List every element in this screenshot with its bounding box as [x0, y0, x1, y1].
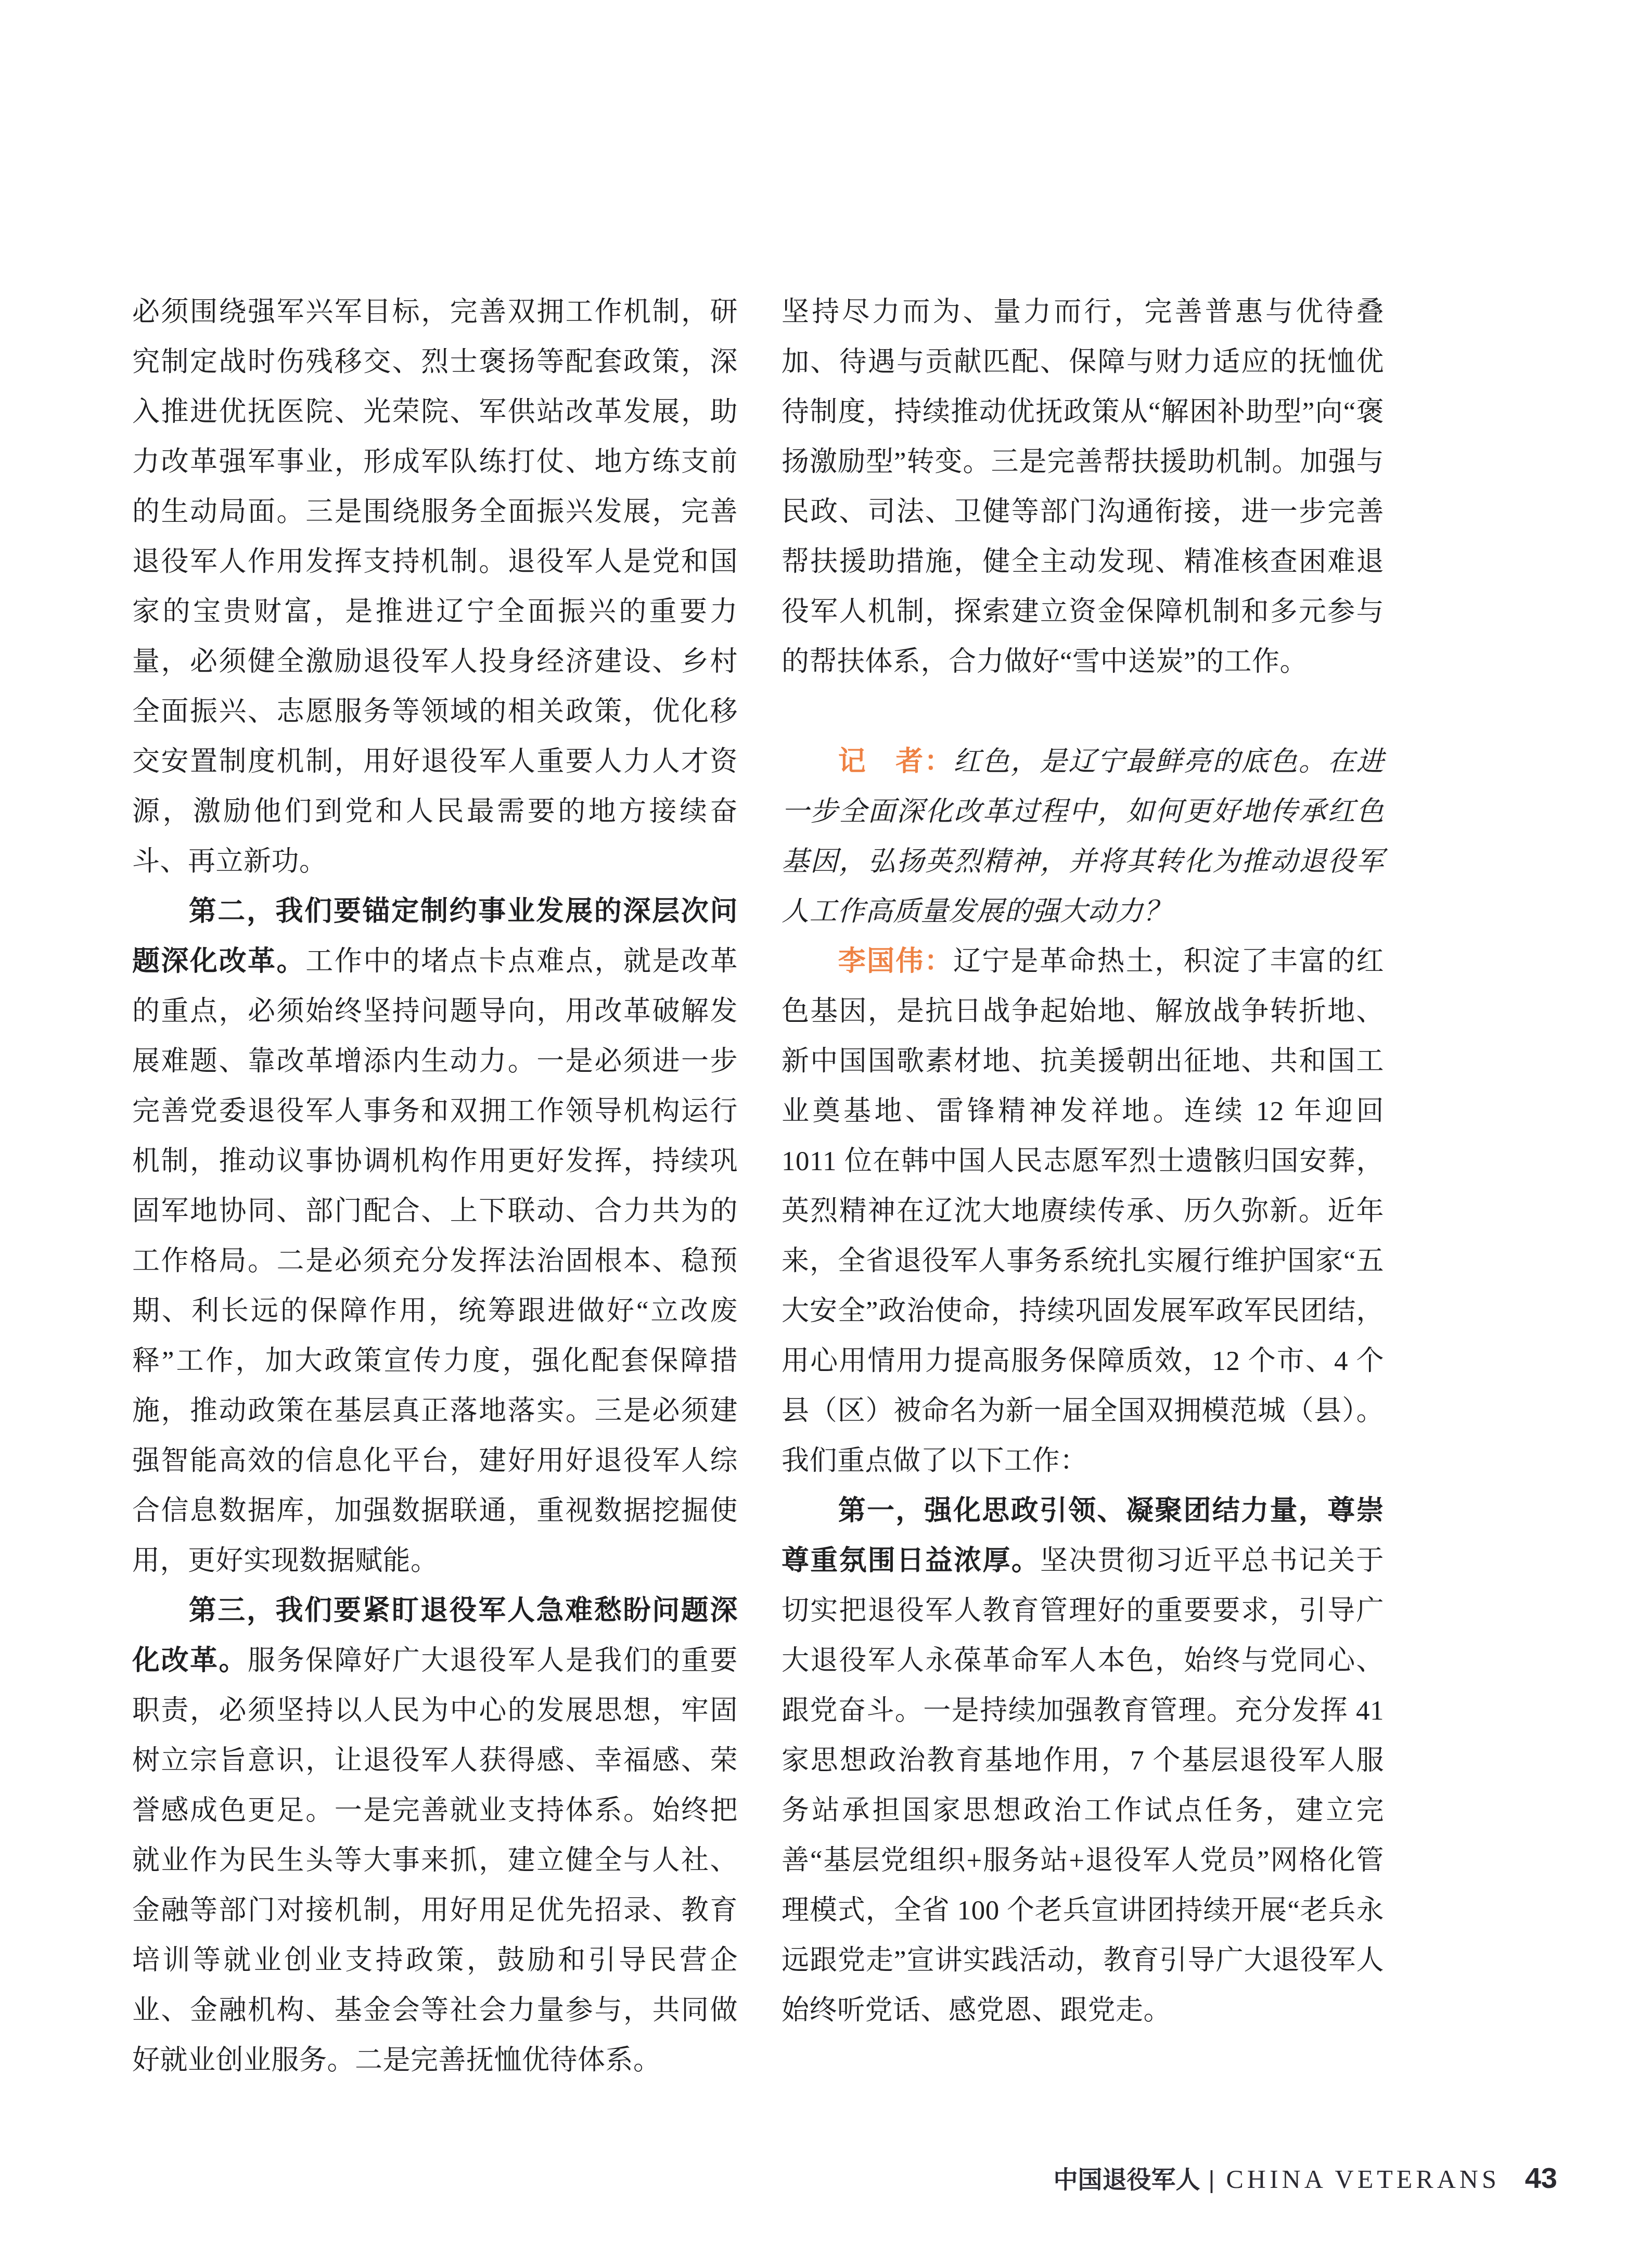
- text-segment-normal: 坚持尽力而为、量力而行，完善普惠与优待叠加、待遇与贡献匹配、保障与财力适应的抚恤…: [782, 297, 1384, 677]
- article-paragraph: 第二，我们要锚定制约事业发展的深层次问题深化改革。工作中的堵点卡点难点，就是改革…: [132, 887, 738, 1586]
- text-segment-label: 李国伟：: [838, 946, 953, 977]
- article-paragraph: 第三，我们要紧盯退役军人急难愁盼问题深化改革。服务保障好广大退役军人是我们的重要…: [132, 1586, 738, 2085]
- text-segment-label: 记 者：: [838, 746, 953, 777]
- magazine-page: 必须围绕强军兴军目标，完善双拥工作机制，研究制定战时伤残移交、烈士褒扬等配套政策…: [0, 0, 1652, 2242]
- text-segment-normal: 辽宁是革命热土，积淀了丰富的红色基因，是抗日战争起始地、解放战争转折地、新中国国…: [782, 946, 1384, 1476]
- footer-divider: |: [1208, 2166, 1214, 2194]
- article-paragraph: 李国伟：辽宁是革命热土，积淀了丰富的红色基因，是抗日战争起始地、解放战争转折地、…: [782, 937, 1384, 1486]
- article-column-left: 必须围绕强军兴军目标，完善双拥工作机制，研究制定战时伤残移交、烈士褒扬等配套政策…: [132, 287, 738, 2085]
- page-footer: 中国退役军人 | CHINA VETERANS 43: [1053, 2160, 1557, 2195]
- text-segment-normal: 服务保障好广大退役军人是我们的重要职责，必须坚持以人民为中心的发展思想，牢固树立…: [132, 1646, 738, 2076]
- page-number: 43: [1525, 2161, 1557, 2195]
- magazine-title-english: CHINA VETERANS: [1226, 2164, 1500, 2194]
- article-paragraph: 记 者：红色，是辽宁最鲜亮的底色。在进一步全面深化改革过程中，如何更好地传承红色…: [782, 737, 1384, 937]
- article-paragraph: 必须围绕强军兴军目标，完善双拥工作机制，研究制定战时伤残移交、烈士褒扬等配套政策…: [132, 287, 738, 887]
- magazine-title-chinese: 中国退役军人: [1053, 2160, 1200, 2195]
- article-column-right: 坚持尽力而为、量力而行，完善普惠与优待叠加、待遇与贡献匹配、保障与财力适应的抚恤…: [782, 287, 1384, 2035]
- text-segment-normal: 坚决贯彻习近平总书记关于切实把退役军人教育管理好的重要要求，引导广大退役军人永葆…: [782, 1546, 1384, 2026]
- text-segment-normal: 必须围绕强军兴军目标，完善双拥工作机制，研究制定战时伤残移交、烈士褒扬等配套政策…: [132, 297, 738, 877]
- article-paragraph: 第一，强化思政引领、凝聚团结力量，尊崇尊重氛围日益浓厚。坚决贯彻习近平总书记关于…: [782, 1486, 1384, 2035]
- article-paragraph: 坚持尽力而为、量力而行，完善普惠与优待叠加、待遇与贡献匹配、保障与财力适应的抚恤…: [782, 287, 1384, 687]
- text-segment-normal: 工作中的堵点卡点难点，就是改革的重点，必须始终坚持问题导向，用改革破解发展难题、…: [132, 946, 738, 1576]
